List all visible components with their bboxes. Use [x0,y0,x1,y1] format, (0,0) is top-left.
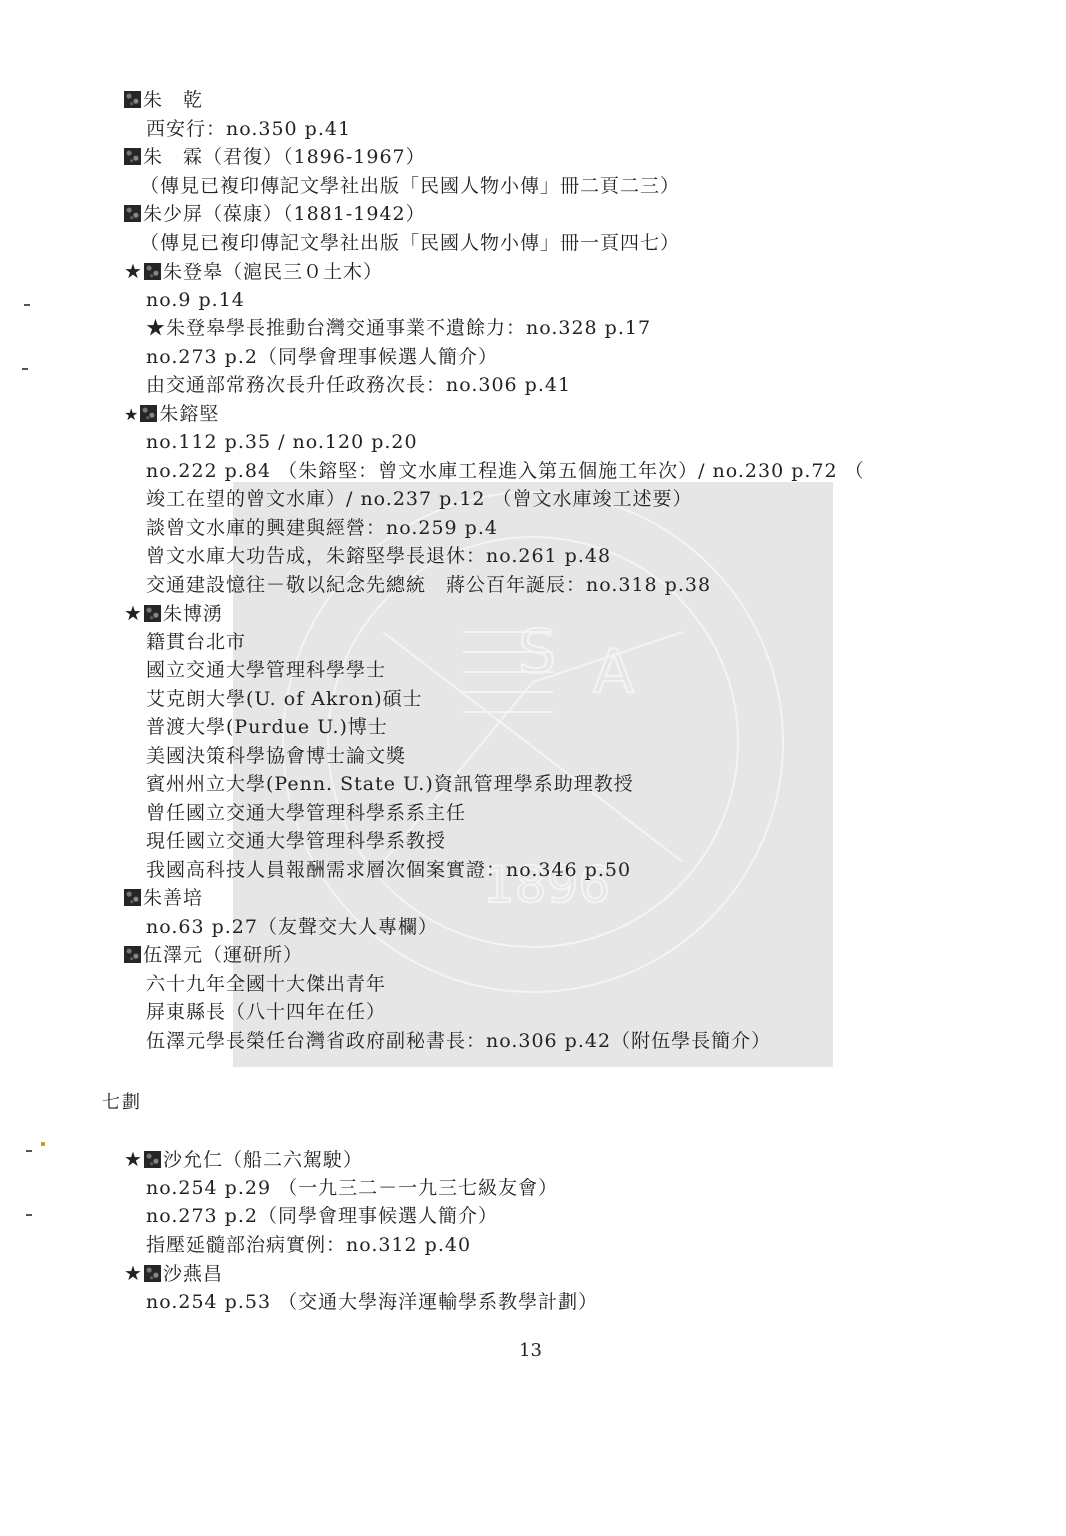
portrait-marker-icon [124,205,141,222]
portrait-marker-icon [124,91,141,108]
portrait-marker-icon [124,889,141,906]
entry-line: （傳見已複印傳記文學社出版「民國人物小傳」冊二頁二三） [140,172,680,200]
entry-name: 朱 霖（君復）（1896-1967） [143,146,426,168]
entry-line: no.273 p.2（同學會理事候選人簡介） [146,1202,498,1230]
entry-name: 沙燕昌 [163,1263,223,1285]
portrait-marker-icon [144,263,161,280]
portrait-marker-icon [140,405,157,422]
svg-text:A: A [593,637,634,707]
entry-heading: ★朱登皋（滬民三０土木） [124,257,383,286]
portrait-marker-icon [144,1265,161,1282]
entry-line: 談曾文水庫的興建與經營：no.259 p.4 [146,514,498,542]
star-icon: ★ [124,1259,143,1287]
entry-line: 曾文水庫大功告成，朱鎔堅學長退休：no.261 p.48 [146,542,611,570]
entry-line: 國立交通大學管理科學學士 [146,656,386,684]
entry-line: no.254 p.53 （交通大學海洋運輸學系教學計劃） [146,1288,598,1316]
entry-line: no.273 p.2（同學會理事候選人簡介） [146,343,498,371]
entry-line: 艾克朗大學(U. of Akron)碩士 [146,685,423,713]
entry-line: 竣工在望的曾文水庫）/ no.237 p.12 （曾文水庫竣工述要） [146,485,693,513]
page-number: 13 [519,1340,542,1361]
entry-line: 由交通部常務次長升任政務次長：no.306 p.41 [146,371,571,399]
entry-line: 西安行：no.350 p.41 [146,115,351,143]
entry-heading: 朱善培 [124,884,203,912]
entry-name: 伍澤元（運研所） [143,944,303,966]
scan-mark [26,1214,32,1216]
entry-line: ★朱登皋學長推動台灣交通事業不遺餘力：no.328 p.17 [146,314,651,342]
entry-name: 朱登皋（滬民三０土木） [163,261,383,283]
scan-mark [22,368,28,370]
entry-heading: 朱 乾 [124,86,203,114]
entry-heading: 朱少屏（葆康）（1881-1942） [124,200,426,228]
star-icon: ★ [124,401,139,429]
entry-heading: ★朱鎔堅 [124,400,219,429]
entry-name: 沙允仁（船二六駕駛） [163,1149,363,1171]
entry-line: 屏東縣長（八十四年在任） [146,998,386,1026]
entry-line: 伍澤元學長榮任台灣省政府副秘書長：no.306 p.42（附伍學長簡介） [146,1027,771,1055]
entry-line: no.63 p.27（友聲交大人專欄） [146,913,438,941]
section-heading: 七劃 [102,1088,142,1114]
entry-line: 我國高科技人員報酬需求層次個案實證：no.346 p.50 [146,856,631,884]
entry-name: 朱善培 [143,887,203,909]
entry-line: no.222 p.84 （朱鎔堅：曾文水庫工程進入第五個施工年次）/ no.23… [146,457,865,485]
entry-line: 現任國立交通大學管理科學系教授 [146,827,446,855]
portrait-marker-icon [124,148,141,165]
entry-name: 朱少屏（葆康）（1881-1942） [143,203,426,225]
entry-line: 賓州州立大學(Penn. State U.)資訊管理學系助理教授 [146,770,634,798]
entry-heading: ★沙燕昌 [124,1259,223,1288]
portrait-marker-icon [144,605,161,622]
entry-line: 交通建設憶往－敬以紀念先總統 蔣公百年誕辰：no.318 p.38 [146,571,711,599]
entry-line: no.9 p.14 [146,286,245,314]
entry-heading: ★沙允仁（船二六駕駛） [124,1145,363,1174]
entry-line: 指壓延髓部治病實例：no.312 p.40 [146,1231,471,1259]
portrait-marker-icon [124,946,141,963]
star-icon: ★ [124,599,143,627]
scan-mark [41,1142,45,1146]
scan-mark [26,1150,32,1152]
entry-line: 美國決策科學協會博士論文獎 [146,742,406,770]
portrait-marker-icon [144,1151,161,1168]
entry-line: 曾任國立交通大學管理科學系系主任 [146,799,466,827]
svg-text:S: S [518,617,556,687]
scan-mark [24,304,30,306]
entry-line: 籍貫台北市 [146,628,246,656]
entry-name: 朱 乾 [143,89,203,111]
entry-line: no.112 p.35 / no.120 p.20 [146,428,418,456]
entry-heading: ★朱博湧 [124,599,223,628]
entry-name: 朱鎔堅 [159,403,219,425]
entry-name: 朱博湧 [163,603,223,625]
entry-heading: 伍澤元（運研所） [124,941,303,969]
entry-line: no.254 p.29 （一九三二－一九三七級友會） [146,1174,558,1202]
entry-line: 普渡大學(Purdue U.)博士 [146,713,388,741]
entry-line: 六十九年全國十大傑出青年 [146,970,386,998]
star-icon: ★ [124,1145,143,1173]
star-icon: ★ [124,257,143,285]
entry-line: （傳見已複印傳記文學社出版「民國人物小傳」冊一頁四七） [140,229,680,257]
entry-heading: 朱 霖（君復）（1896-1967） [124,143,426,171]
